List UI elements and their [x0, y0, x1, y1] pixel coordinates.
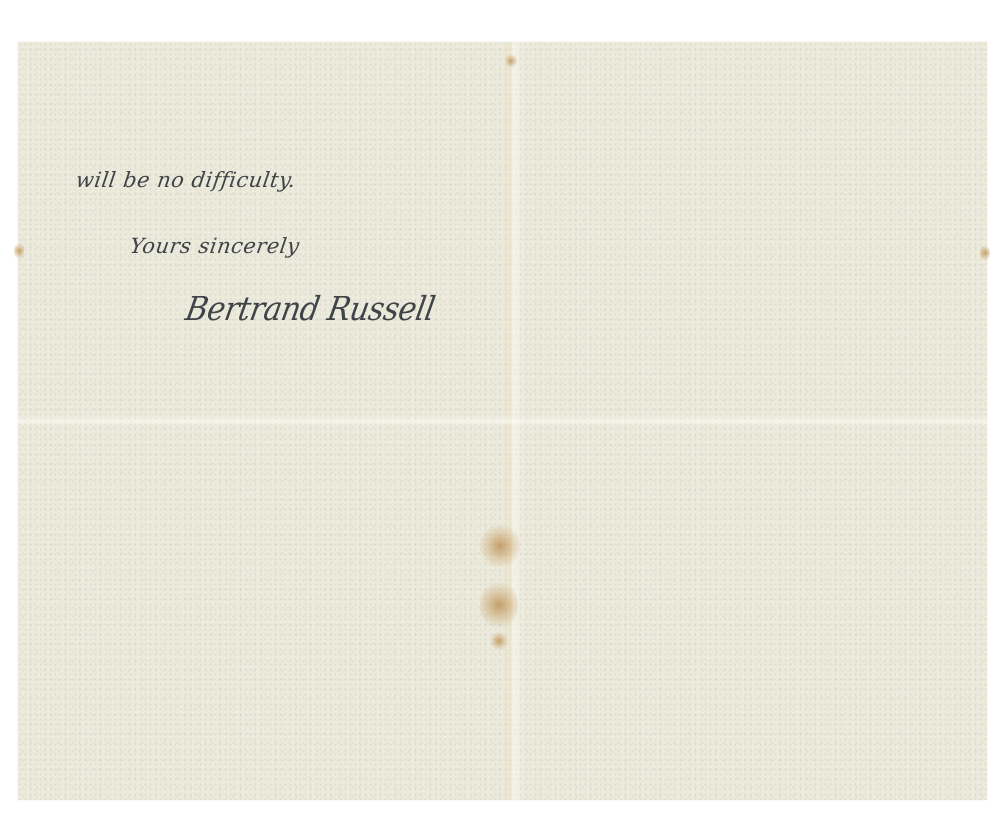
- foxing-stain-middle-1: [480, 524, 520, 568]
- valediction: Yours sincerely: [128, 234, 301, 258]
- signature: Bertrand Russell: [183, 290, 438, 329]
- foxing-stain-middle-3: [490, 632, 508, 650]
- foxing-stain-top: [505, 54, 517, 68]
- letter-sheet: will be no difficulty. Yours sincerely B…: [18, 42, 987, 800]
- closing-text-line: will be no difficulty.: [74, 168, 297, 192]
- horizontal-fold-crease: [18, 416, 987, 426]
- foxing-stain-left-edge: [14, 242, 24, 260]
- foxing-stain-middle-2: [480, 580, 518, 630]
- foxing-stain-right-edge: [980, 244, 990, 262]
